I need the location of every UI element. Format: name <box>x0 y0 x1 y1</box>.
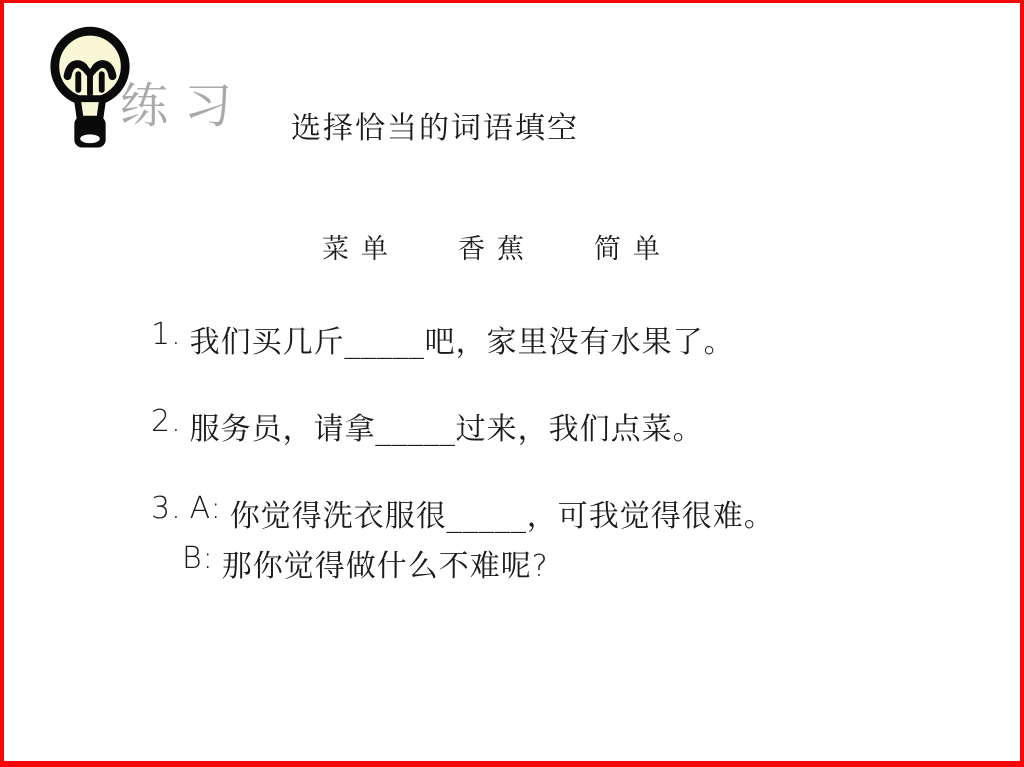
word-bank: 菜单 香蕉 简单 <box>322 227 672 266</box>
exercise-3: 3. A: 你觉得洗衣服很_____，可我觉得很难。 B: 那你觉得做什么不难呢… <box>151 491 775 585</box>
exercise-list: 1. 我们买几斤_____吧，家里没有水果了。 2. 服务员，请拿_____过来… <box>151 317 775 628</box>
exercise-2: 2. 服务员，请拿_____过来，我们点菜。 <box>151 404 775 448</box>
speaker-a-label: A: <box>190 491 222 535</box>
exercise-text-b: 那你觉得做什么不难呢? <box>222 541 549 585</box>
speaker-b-label: B: <box>182 541 214 585</box>
exercise-text: 我们买几斤_____吧，家里没有水果了。 <box>190 317 735 361</box>
word-bank-item: 菜单 <box>322 227 400 266</box>
exercise-number: 1. <box>151 317 182 361</box>
word-bank-item: 简单 <box>594 227 672 266</box>
slide: 练习 选择恰当的词语填空 菜单 香蕉 简单 1. 我们买几斤_____吧，家里没… <box>0 0 1024 767</box>
bulb-base-slot <box>80 134 100 143</box>
exercise-number: 2. <box>151 404 182 448</box>
exercise-number: 3. <box>151 491 182 535</box>
exercise-1: 1. 我们买几斤_____吧，家里没有水果了。 <box>151 317 775 361</box>
bulb-neck <box>77 99 102 120</box>
exercise-text-a: 你觉得洗衣服很_____，可我觉得很难。 <box>230 491 775 535</box>
page-title: 练习 <box>120 79 248 134</box>
exercise-text: 服务员，请拿_____过来，我们点菜。 <box>190 404 704 448</box>
word-bank-item: 香蕉 <box>458 227 536 266</box>
instruction-text: 选择恰当的词语填空 <box>291 103 579 147</box>
